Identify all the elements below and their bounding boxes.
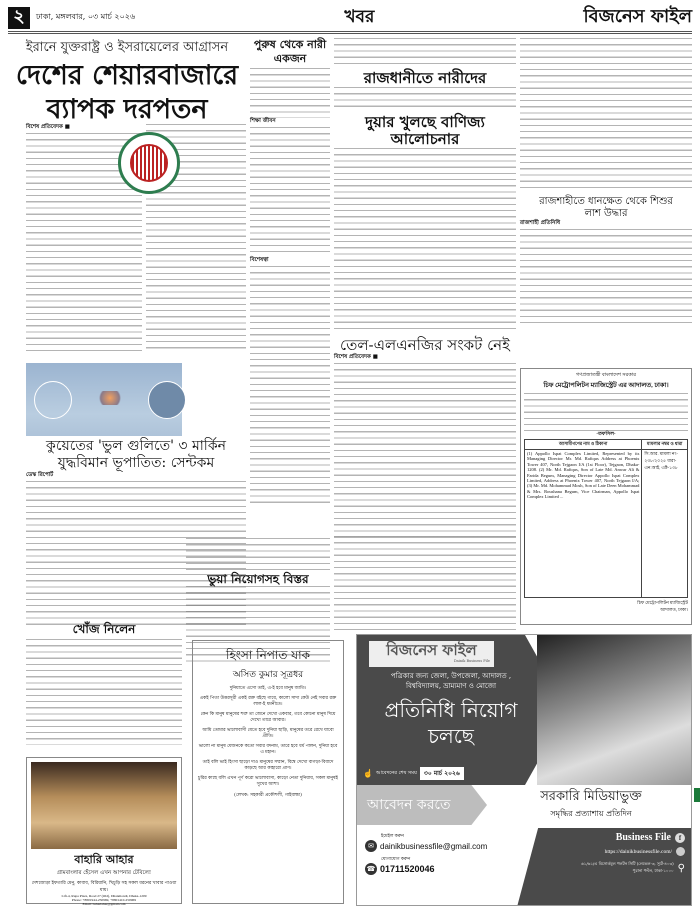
notice-col2-cell: সি.আর. মামলা নং- ২৩৮/২০২৫ ধারা- এন.আই. এ… bbox=[642, 450, 688, 598]
hand-icon: ☝ bbox=[363, 769, 373, 778]
notice-col1-header: আসামীগণের নাম ও ঠিকানা bbox=[525, 440, 642, 450]
restaurant-title: বাহারি আহার bbox=[31, 851, 177, 870]
ad-headline: প্রতিনিধি নিয়োগ চলছে bbox=[361, 697, 541, 749]
lead-byline: বিশেষ প্রতিবেদক ■ bbox=[26, 124, 142, 132]
oil-body-text bbox=[334, 363, 516, 543]
notice-body-text bbox=[524, 393, 688, 431]
ad-slogan2: সমৃদ্ধির প্রত্যাশায় প্রতিদিন bbox=[493, 808, 689, 821]
ad-lines: পত্রিকার জন্য জেলা, উপজেলা, আদালত , বিশ্… bbox=[361, 671, 541, 691]
jet-photo[interactable] bbox=[26, 363, 182, 436]
mail-icon: ✉ bbox=[365, 840, 377, 852]
oil-headline[interactable]: তেল-এলএনজির সংকট নেই bbox=[334, 337, 516, 354]
facebook-icon[interactable]: f bbox=[675, 833, 685, 843]
poem-title: হিংসা নিপাত যাক bbox=[197, 647, 339, 667]
dse-logo-emblem-icon bbox=[130, 144, 168, 182]
ad-slogan: সরকারি মিডিয়াভুক্ত সমৃদ্ধির প্রত্যাশায়… bbox=[493, 787, 689, 821]
rajshahi-body-text bbox=[520, 229, 692, 327]
court-notice[interactable]: গণপ্রজাতন্ত্রী বাংলাদেশ সরকার চিফ মেট্রো… bbox=[520, 368, 692, 625]
women-body-text bbox=[250, 68, 330, 118]
ad-brand-panel: Business File f https://dainikbusinessfi… bbox=[517, 828, 692, 906]
ad-logo-sub: Dainik Business File bbox=[369, 659, 494, 663]
poem-stanza: তাই বলি ভাই হিংসা ছাড়ো দাও মানুষের সম্ম… bbox=[197, 760, 339, 772]
side-tab[interactable] bbox=[694, 788, 700, 802]
website-row[interactable]: https://dainikbusinessfile.com/ bbox=[545, 847, 685, 856]
rajshahi-byline: রাজশাহী প্রতিনিধি bbox=[520, 220, 692, 228]
notice-col1-cell: (1) Appollo Ispat Complex Limited, Repre… bbox=[525, 450, 642, 598]
phone-icon: ☎ bbox=[365, 863, 377, 875]
recruitment-ad[interactable]: বিজনেস ফাইল Dainik Business File পত্রিকা… bbox=[356, 634, 692, 906]
poem-author: অসিত কুমার সূত্রধর bbox=[197, 667, 339, 682]
notice-table: আসামীগণের নাম ও ঠিকানা মামলার নম্বর ও ধা… bbox=[524, 439, 688, 598]
right-column: রাজশাহীতে ধানক্ষেত থেকে শিশুর লাশ উদ্ধার… bbox=[520, 38, 692, 327]
poem-stanza: আমি তোমার ভালোবাসী যেতে হবে দুনিয়া ছাড়… bbox=[197, 728, 339, 740]
notice-section-label: -তফসিল- bbox=[524, 431, 688, 439]
ad-address: ৬১/৬১/এ বিসোর্তমূল পলটন সিটি (লেভেল-৩, স… bbox=[579, 861, 674, 875]
women-story[interactable]: পুরুষ থেকে নারী একজন শিক্ষা জীবন বিশেষত্… bbox=[250, 38, 330, 506]
ad-email: dainikbusinessfile@gmail.com bbox=[380, 842, 487, 851]
trade-headline[interactable]: দুয়ার খুলছে বাণিজ্য আলোচনার bbox=[334, 114, 516, 148]
center-body-text bbox=[334, 38, 516, 68]
ad-brand-en: Business File bbox=[616, 832, 671, 843]
masthead: ২ ঢাকা, মঙ্গলবার, ০৩ মার্চ ২০২৬ খবর বিজন… bbox=[8, 4, 692, 34]
restaurant-email: Email: bahariahar@gmail.com bbox=[31, 902, 177, 906]
page-number: ২ bbox=[8, 7, 30, 29]
ad-website: https://dainikbusinessfile.com/ bbox=[605, 849, 672, 855]
lead-headline-line1: দেশের শেয়ারবাজারে bbox=[8, 59, 246, 93]
ad-slogan1: সরকারি মিডিয়াভুক্ত bbox=[493, 787, 689, 808]
deadline-value: ৩০ মার্চ ২০২৬ bbox=[420, 767, 464, 780]
ad-line1: পত্রিকার জন্য জেলা, উপজেলা, আদালত , bbox=[361, 671, 541, 681]
center-column: রাজধানীতে নারীদের দুয়ার খুলছে বাণিজ্য আ… bbox=[334, 38, 516, 543]
deadline-label: আবেদনের শেষ সময় bbox=[376, 770, 417, 778]
khouj-body-text bbox=[26, 639, 182, 745]
poem-stanza: কেন কি মানুষ মানুষের শত্রু তা জেনে দেখো … bbox=[197, 712, 339, 724]
jet-headline-line2: যুদ্ধবিমান ভূপাতিত: সেন্টকম bbox=[26, 455, 246, 472]
poem-box[interactable]: হিংসা নিপাত যাক অসিত কুমার সূত্রধর দুনিয… bbox=[192, 640, 344, 904]
lead-kicker: ইরানে যুক্তরাষ্ট্র ও ইসরায়েলের আগ্রাসন bbox=[8, 38, 246, 59]
phone-row[interactable]: ☎ 01711520046 bbox=[365, 863, 515, 875]
lead-headline-line2: ব্যাপক দরপতন bbox=[8, 93, 246, 127]
ad-line2: বিশ্ববিদ্যালয়, ভ্রাম্যমাণ ও মোজো bbox=[361, 681, 541, 691]
brand-title: বিজনেস ফাইল bbox=[583, 2, 692, 33]
dateline: ঢাকা, মঙ্গলবার, ০৩ মার্চ ২০২৬ bbox=[36, 11, 135, 24]
rajshahi-headline-line2[interactable]: লাশ উদ্ধার bbox=[520, 208, 692, 220]
notice-court: চিফ মেট্রোপলিটন ম্যাজিস্ট্রেট এর আদালত, … bbox=[524, 380, 688, 391]
ad-phone: 01711520046 bbox=[380, 864, 435, 874]
poem-stanza: চুরির কাছে বলি এখন পূর্ণ করো ভালোবাসা, ক… bbox=[197, 776, 339, 788]
jet-headline-line1: কুয়েতের 'ভুল গুলিতে' ৩ মার্কিন bbox=[26, 438, 246, 455]
dateline-group: ২ ঢাকা, মঙ্গলবার, ০৩ মার্চ ২০২৬ bbox=[8, 7, 135, 29]
poem-footer: (লেখক: সহকারী প্রকৌশলী, গাইবান্ধা) bbox=[197, 792, 339, 799]
center-lower-column bbox=[334, 536, 516, 630]
women-body-text-2 bbox=[250, 127, 330, 257]
women-subhead-2: বিশেষত্বা bbox=[250, 257, 330, 265]
oil-byline: বিশেষ প্রতিবেদক ■ bbox=[334, 354, 516, 362]
fake-jobs-headline: ভুয়া নিয়োগসহ বিস্তর bbox=[186, 572, 330, 586]
address-row: ৬১/৬১/এ বিসোর্তমূল পলটন সিটি (লেভেল-৩, স… bbox=[545, 861, 685, 875]
poem-stanza: একই পিতা উত্তরসূরী একই রক্ত বইছে গায়ে, … bbox=[197, 696, 339, 708]
capital-body-text bbox=[334, 87, 516, 111]
women-body-text-3 bbox=[250, 266, 330, 506]
newspapers-photo bbox=[537, 635, 692, 785]
highlight-circle bbox=[34, 381, 72, 419]
women-subhead-1: শিক্ষা জীবন bbox=[250, 118, 330, 126]
phone-label: যোগাযোগ করুন bbox=[365, 856, 515, 863]
restaurant-tagline: গ্রামবাংলার হেঁসেল এখন আপনার টেবিলে! bbox=[31, 870, 177, 878]
notice-gov: গণপ্রজাতন্ত্রী বাংলাদেশ সরকার bbox=[524, 372, 688, 380]
apply-label: আবেদন করতে bbox=[367, 793, 451, 817]
email-label: ইমেইল করুন bbox=[365, 833, 515, 840]
restaurant-desc: দেশজোড়া ইফতারি মেনু, কাবাব, বিরিয়ানি, … bbox=[31, 880, 177, 894]
restaurant-ad[interactable]: বাহারি আহার গ্রামবাংলার হেঁসেল এখন আপনার… bbox=[26, 757, 182, 904]
highlight-circle-jet bbox=[148, 381, 186, 419]
ad-deadline: ☝ আবেদনের শেষ সময় ৩০ মার্চ ২০২৬ bbox=[363, 767, 464, 780]
notice-col2-header: মামলার নম্বর ও ধারা bbox=[642, 440, 688, 450]
dse-logo bbox=[118, 132, 180, 194]
ad-logo: বিজনেস ফাইল Dainik Business File bbox=[369, 641, 494, 667]
trade-body-text bbox=[334, 148, 516, 334]
restaurant-photo bbox=[31, 762, 177, 849]
ad-big2: চলছে bbox=[361, 723, 541, 749]
notice-signature-1: চিফ মেট্রোপলিটন ম্যাজিস্ট্রেট bbox=[524, 600, 688, 607]
right-body-text bbox=[520, 38, 692, 190]
apply-button[interactable]: আবেদন করতে bbox=[357, 785, 487, 825]
ad-contact: ইমেইল করুন ✉ dainikbusinessfile@gmail.co… bbox=[365, 833, 515, 875]
notice-signature-2: আদালত, ঢাকা। bbox=[524, 607, 688, 614]
brand-row: Business File f bbox=[545, 832, 685, 843]
rajshahi-headline-line1[interactable]: রাজশাহীতে ধানক্ষেত থেকে শিশুর bbox=[520, 196, 692, 208]
poem-stanza: দুনিয়াতে এসো তাই, এ-ই হবে মানুষ জাতি। bbox=[197, 686, 339, 692]
fake-jobs-body-pre bbox=[186, 538, 330, 572]
location-pin-icon: ⚲ bbox=[678, 863, 685, 874]
poem-stanza: ভালো না মানুষ যেজনকে কতো সবার বদনাম, তার… bbox=[197, 744, 339, 756]
khouj-headline: খোঁজ নিলেন bbox=[26, 622, 182, 636]
section-title: খবর bbox=[344, 4, 374, 32]
jet-fire-icon bbox=[96, 391, 124, 405]
khouj-story[interactable]: খোঁজ নিলেন bbox=[26, 622, 182, 745]
oil-body-text-cont bbox=[334, 536, 516, 630]
email-row[interactable]: ✉ dainikbusinessfile@gmail.com bbox=[365, 840, 515, 852]
women-headline-line2: একজন bbox=[250, 52, 330, 66]
capital-headline[interactable]: রাজধানীতে নারীদের bbox=[334, 70, 516, 87]
ad-logo-text: বিজনেস ফাইল bbox=[369, 641, 494, 659]
lead-story[interactable]: ইরানে যুক্তরাষ্ট্র ও ইসরায়েলের আগ্রাসন … bbox=[8, 38, 246, 127]
globe-icon bbox=[676, 847, 685, 856]
jet-byline: ডেস্ক রিপোর্ট bbox=[26, 472, 246, 480]
women-headline-line1: পুরুষ থেকে নারী bbox=[250, 38, 330, 52]
ad-big1: প্রতিনিধি নিয়োগ bbox=[361, 697, 541, 723]
